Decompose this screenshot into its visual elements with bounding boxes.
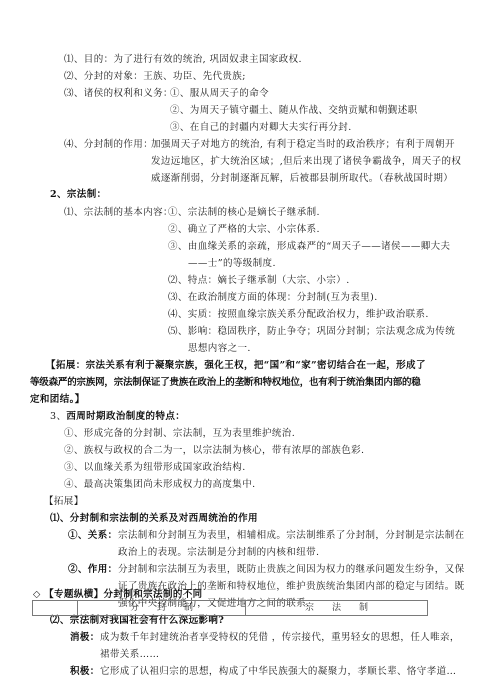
feature-line: ⑵、特点：嫡长子继承制（大宗、小宗）. xyxy=(168,276,350,286)
feature-item: ②、族权与政权的合二为一，以宗法制为核心，带有浓厚的部族色彩. xyxy=(64,446,364,456)
effect-label: ②、作用： xyxy=(68,565,118,575)
expansion-paragraph-line: 【拓展：宗法关系有利于凝聚宗族，强化王权，把“国”和“家”密切结合在一起，形成了 xyxy=(46,361,426,371)
topic-heading: ◇ 【专题纵横】分封制和宗法制的不同 xyxy=(33,590,203,600)
function-label: ⑷、分封制的作用： xyxy=(64,140,153,150)
negative-line: 成为数千年封建统治者享受特权的凭借 ，传宗接代，重男轻女的思想，任人唯亲， xyxy=(100,633,460,643)
influence-line-cont: 思想内容之一. xyxy=(188,344,251,354)
question-1: ⑴、分封制和宗法制的关系及对西周统治的作用 xyxy=(50,514,258,524)
rights-duty-item: ②、为周天子镇守疆土、随从作战、交纳贡赋和朝觐述职 xyxy=(170,106,418,116)
item-text: 为了进行有效的统治, 巩固奴隶主国家政权. xyxy=(114,54,302,65)
rights-duties-label: ⑶、诸侯的权利和义务： xyxy=(64,89,173,99)
rights-duty-item: ③、在自己的封疆内对卿大夫实行再分封. xyxy=(170,123,352,133)
relation-label: ①、关系： xyxy=(68,531,118,541)
essence-line: ⑷、实质：按照血缘宗族关系分配政治权力，维护政治联系. xyxy=(168,310,429,320)
relation-line: 政治上的表现。宗法制是分封制的内核和纽带. xyxy=(118,548,319,558)
influence-line: ⑸、影响：稳固秩序，防止争夺；巩固分封制；宗法观念成为传统 xyxy=(168,327,455,337)
item-label: ⑴、目的： xyxy=(64,54,114,65)
rights-duty-item: ①、服从周天子的命令 xyxy=(170,89,269,99)
section-2-heading: 2、宗法制： xyxy=(50,190,107,200)
heading-text: 西周时期政治制度的特点： xyxy=(66,411,185,422)
basic-content-item: ③、由血缘关系的亲疏，形成森严的“周天子——诸侯——卿大夫 xyxy=(168,242,450,252)
expansion-paragraph-line: 定和团结。】 xyxy=(30,395,85,405)
table-corner-cell xyxy=(33,601,78,616)
positive-label: 积极： xyxy=(70,667,100,677)
function-line: 发边远地区，扩大统治区域；,但后来出现了诸侯争霸战争，周天子的权 xyxy=(151,157,461,167)
section-3-heading: 3、西周时期政治制度的特点： xyxy=(50,412,185,422)
basic-content-item-cont: ——士”的等级制度. xyxy=(188,259,276,269)
expansion-paragraph-line: 等级森严的宗族网，宗法制保证了贵族在政治上的垄断和特权地位，也有利于统治集团内部… xyxy=(30,378,421,388)
feature-item: ③、以血缘关系为纽带形成国家政治结构. xyxy=(64,463,246,473)
function-line: 威逐渐削弱，分封制逐渐瓦解，后被郡县制所取代。（春秋战国时期） xyxy=(151,174,453,184)
table-header-enfeoffment: 分 封 制 xyxy=(78,601,246,616)
comparison-table: 分 封 制 宗 法 制 xyxy=(32,600,428,616)
basic-content-item: ②、确立了严格的大宗、小宗体系. xyxy=(168,225,320,235)
political-embodiment-line: ⑶、在政治制度方面的体现：分封制(互为表里). xyxy=(168,293,378,303)
basic-content-item: ①、宗法制的核心是嫡长子继承制. xyxy=(168,208,320,218)
item-label: ⑵、分封的对象： xyxy=(64,71,143,82)
basic-content-label: ⑴、宗法制的基本内容： xyxy=(64,208,173,218)
positive-line: 它形成了认祖归宗的思想，构成了中华民族强大的凝聚力，孝顺长辈、恪守孝道… xyxy=(100,667,456,677)
negative-label: 消极： xyxy=(70,633,100,643)
feature-item: ④、最高决策集团尚未形成权力的高度集中. xyxy=(64,480,256,490)
purpose-line: ⑴、目的：为了进行有效的统治, 巩固奴隶主国家政权. xyxy=(64,55,302,65)
diamond-bullet-icon: ◇ xyxy=(33,589,41,600)
heading-number: 3、 xyxy=(50,411,66,422)
feature-item: ①、形成完备的分封制、宗法制，互为表里维护统治. xyxy=(64,429,295,439)
relation-line: 宗法制和分封制互为表里，相辅相成。宗法制维系了分封制，分封制是宗法制在 xyxy=(118,531,465,541)
item-text: 王族、功臣、先代贵族; xyxy=(143,71,246,82)
negative-line: 裙带关系…… xyxy=(100,650,159,660)
table-header-clan-law: 宗 法 制 xyxy=(246,601,428,616)
topic-title: 【专题纵横】分封制和宗法制的不同 xyxy=(44,589,202,600)
enfeoffment-targets-line: ⑵、分封的对象：王族、功臣、先代贵族; xyxy=(64,72,246,82)
expansion-title: 【拓展】 xyxy=(44,497,84,507)
question-2: ⑵、宗法制对我国社会有什么深远影响? xyxy=(50,616,224,626)
table-header-row: 分 封 制 宗 法 制 xyxy=(33,601,428,616)
function-line: 加强周天子对地方的统治, 有利于稳定当时的政治秩序；有利于周朝开 xyxy=(151,140,455,150)
effect-line: 分封制和宗法制互为表里，既防止贵族之间因为权力的继承问题发生纷争，又保 xyxy=(118,565,465,575)
